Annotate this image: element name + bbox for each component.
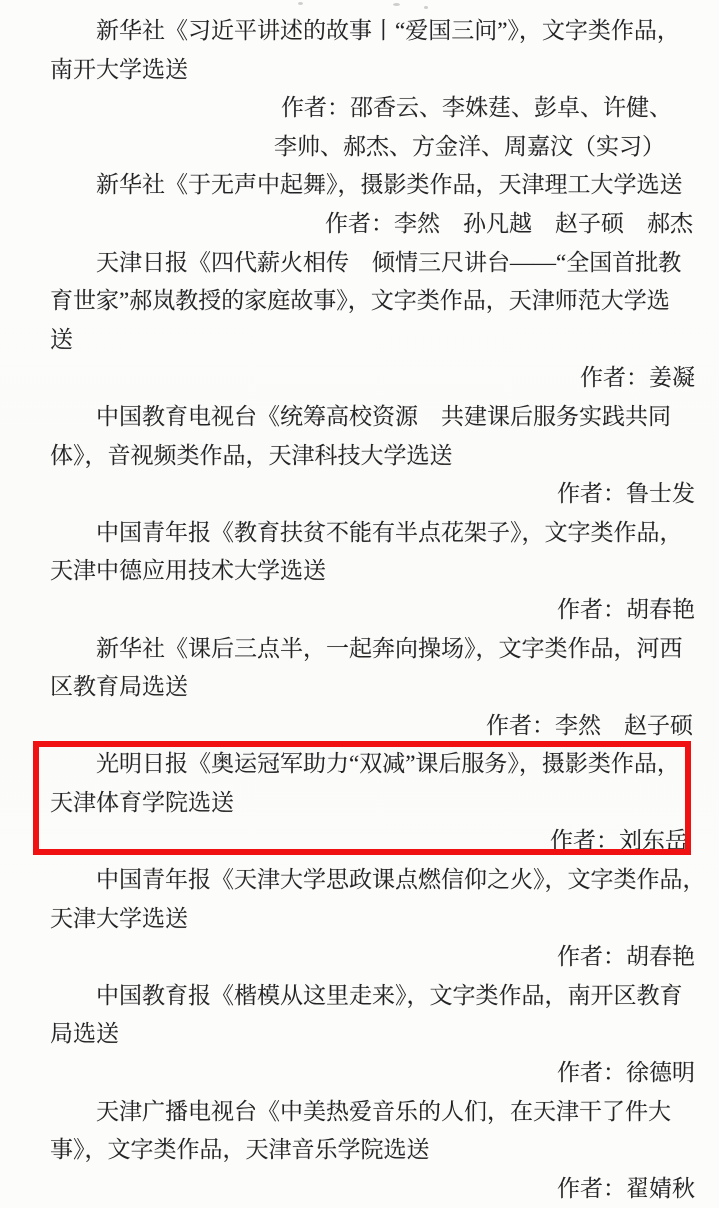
author-line: 作者：胡春艳: [0, 938, 719, 977]
entry-text-line: 新华社《习近平讲述的故事丨“爱国三问”》，文字类作品，: [0, 12, 719, 51]
document-page: 新华社《习近平讲述的故事丨“爱国三问”》，文字类作品，南开大学选送作者：邵香云、…: [0, 0, 719, 1197]
author-line: 作者：鲁士发: [0, 475, 719, 514]
entry-text-line: 新华社《于无声中起舞》，摄影类作品，天津理工大学选送: [0, 166, 719, 205]
entry-text-line: 局选送: [0, 1015, 719, 1054]
author-line: 作者：刘东岳: [0, 822, 719, 861]
entry-text-line: 天津体育学院选送: [0, 784, 719, 823]
entry-text-line: 天津中德应用技术大学选送: [0, 552, 719, 591]
entry-text-line: 体》，音视频类作品，天津科技大学选送: [0, 437, 719, 476]
entry-text-line: 育世家”郝岚教授的家庭故事》，文字类作品，天津师范大学选: [0, 282, 719, 321]
entry-text-line: 天津广播电视台《中美热爱音乐的人们，在天津干了件大: [0, 1093, 719, 1132]
entry-text-line: 天津大学选送: [0, 900, 719, 939]
author-line: 作者：姜凝: [0, 359, 719, 398]
award-entry-list: 新华社《习近平讲述的故事丨“爱国三问”》，文字类作品，南开大学选送作者：邵香云、…: [0, 0, 719, 1197]
entry-text-line: 中国青年报《天津大学思政课点燃信仰之火》，文字类作品，: [0, 861, 719, 900]
entry-text-line: 新华社《课后三点半，一起奔向操场》，文字类作品，河西: [0, 630, 719, 669]
entry-text-line: 中国教育电视台《统筹高校资源 共建课后服务实践共同: [0, 398, 719, 437]
author-line: 作者：徐德明: [0, 1054, 719, 1093]
entry-text-line: 送: [0, 321, 719, 360]
entry-text-line: 中国青年报《教育扶贫不能有半点花架子》，文字类作品，: [0, 514, 719, 553]
author-line: 作者：翟婧秋: [0, 1170, 719, 1197]
entry-text-line: 区教育局选送: [0, 668, 719, 707]
entry-text-line: 光明日报《奥运冠军助力“双减”课后服务》，摄影类作品，: [0, 745, 719, 784]
entry-text-line: 天津日报《四代薪火相传 倾情三尺讲台——“全国首批教: [0, 244, 719, 283]
entry-text-line: 南开大学选送: [0, 51, 719, 90]
author-line: 作者：李然 孙凡越 赵子硕 郝杰: [0, 205, 719, 244]
author-line: 作者：胡春艳: [0, 591, 719, 630]
entry-text-line: 事》，文字类作品，天津音乐学院选送: [0, 1131, 719, 1170]
entry-text-line: 中国教育报《楷模从这里走来》，文字类作品，南开区教育: [0, 977, 719, 1016]
author-line: 作者：李然 赵子硕: [0, 707, 719, 746]
author-line: 作者：邵香云、李姝莛、彭卓、许健、: [0, 89, 719, 128]
author-line: 李帅、郝杰、方金洋、周嘉汶（实习）: [0, 128, 719, 167]
